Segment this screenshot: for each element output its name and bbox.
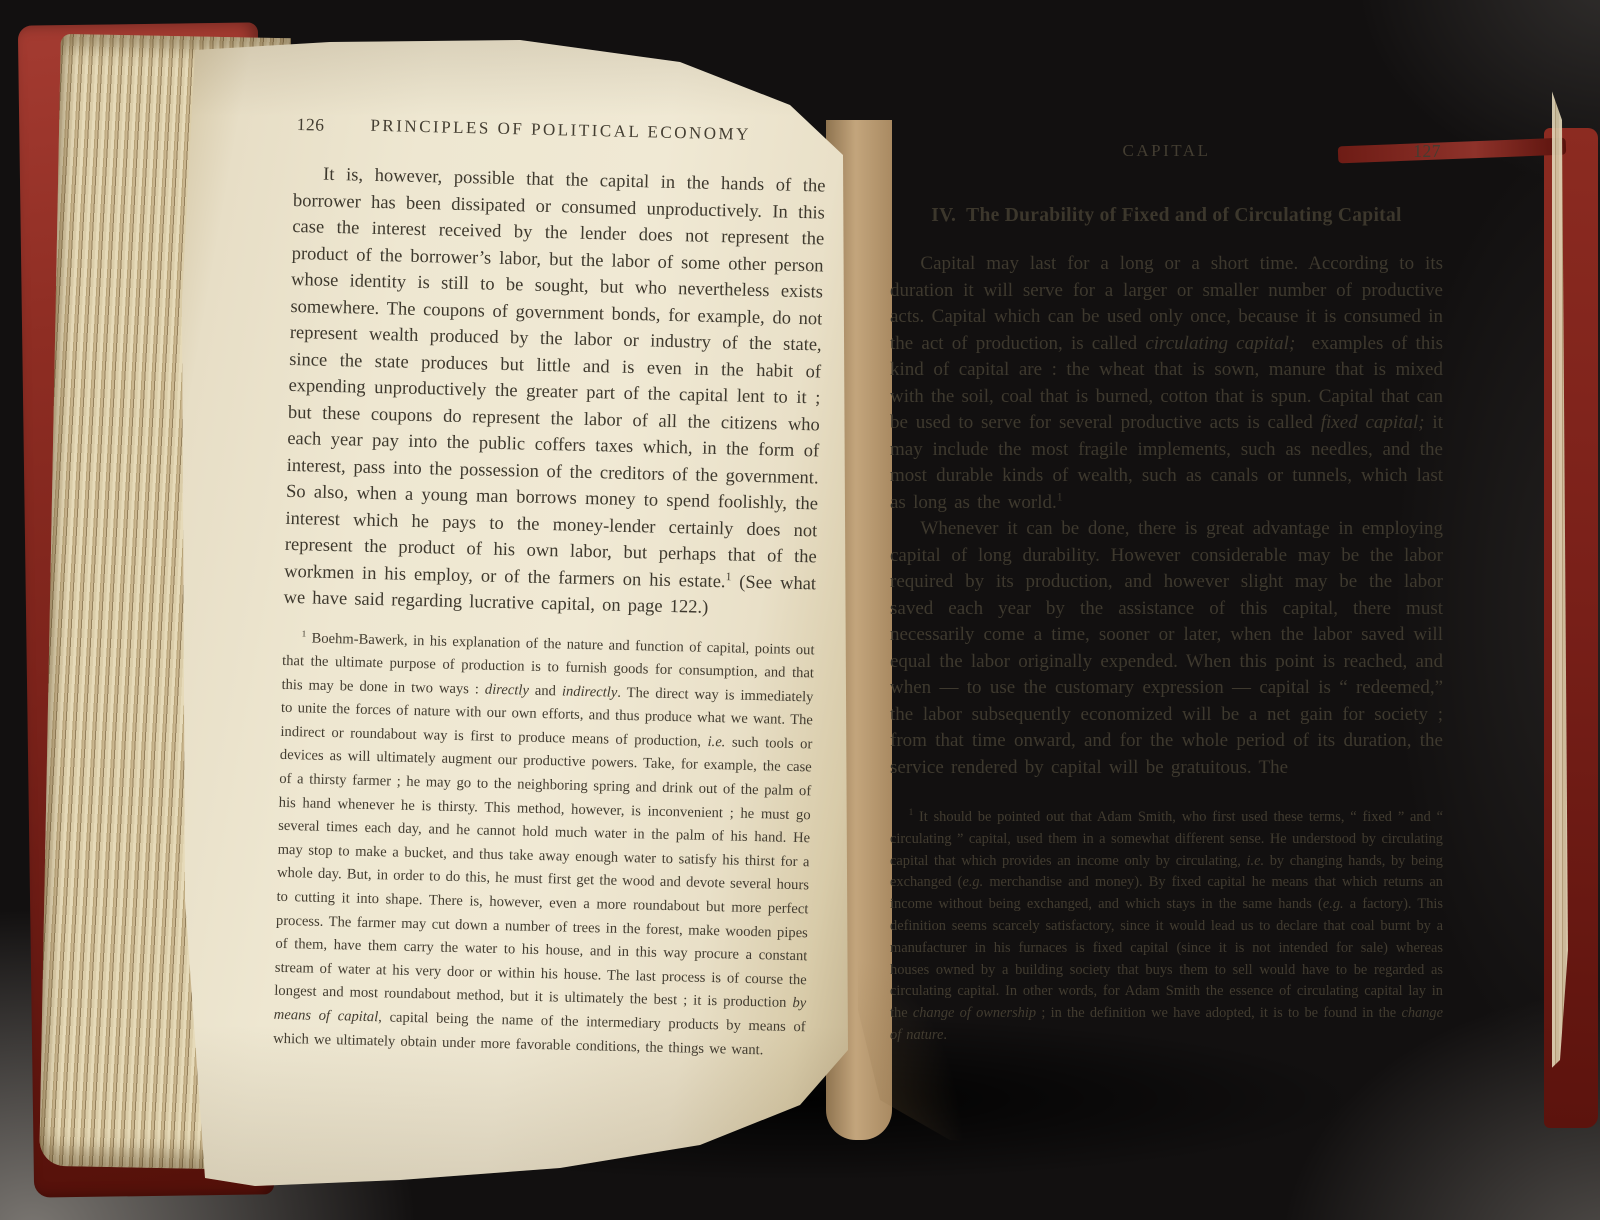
right-running-title: CAPITAL: [1123, 141, 1211, 160]
right-paragraph-1: Capital may last for a long or a short t…: [890, 251, 1443, 516]
photo-background: { "book": { "description": "Open antique…: [0, 0, 1600, 1220]
section-heading: IV. The Durability of Fixed and of Circu…: [890, 205, 1443, 227]
left-body-paragraph: It is, however, possible that the capita…: [283, 161, 825, 624]
right-page: CAPITAL 127 IV. The Durability of Fixed …: [845, 55, 1570, 1160]
right-page-number: 127: [1413, 141, 1441, 162]
right-page-text: CAPITAL 127 IV. The Durability of Fixed …: [890, 141, 1443, 1047]
left-page-header: 126 PRINCIPLES OF POLITICAL ECONOMY: [295, 114, 827, 147]
left-page-number: 126: [297, 114, 325, 136]
left-page-text: 126 PRINCIPLES OF POLITICAL ECONOMY It i…: [273, 114, 827, 1063]
left-running-title: PRINCIPLES OF POLITICAL ECONOMY: [370, 116, 751, 144]
left-page: 126 PRINCIPLES OF POLITICAL ECONOMY It i…: [175, 36, 850, 1186]
left-footnote: 1 Boehm-Bawerk, in his explanation of th…: [273, 626, 815, 1063]
right-paragraph-2: Whenever it can be done, there is great …: [890, 516, 1443, 781]
right-page-header: CAPITAL 127: [890, 141, 1443, 161]
right-footnote: 1 It should be pointed out that Adam Smi…: [890, 807, 1443, 1047]
